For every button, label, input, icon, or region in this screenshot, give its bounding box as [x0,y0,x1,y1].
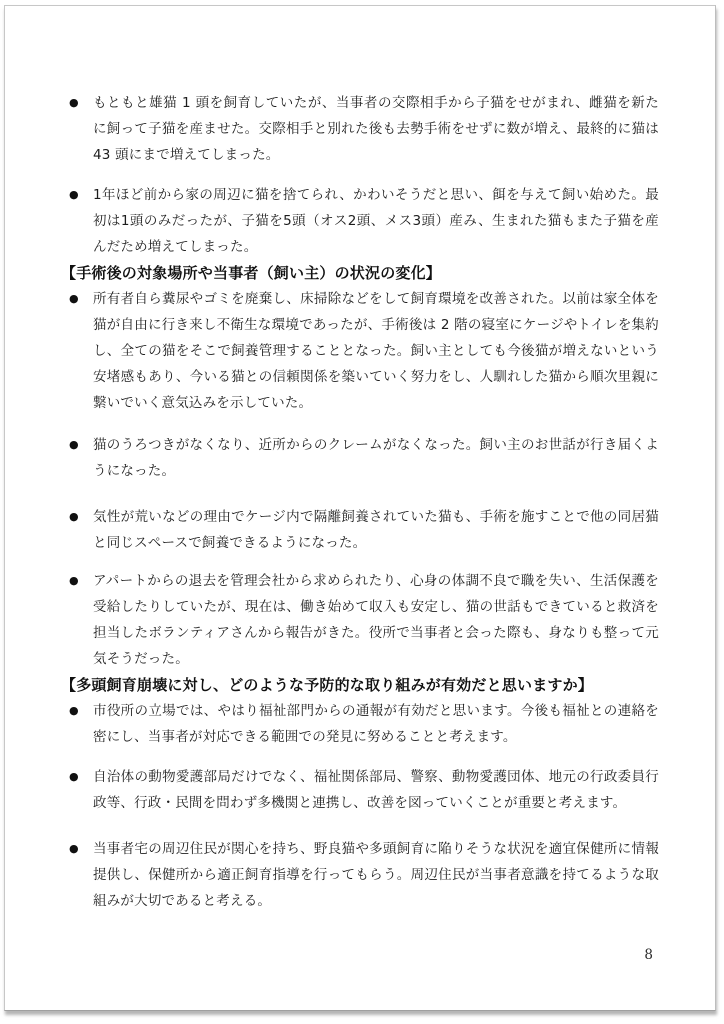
bullet-text: 自治体の動物愛護部局だけでなく、福祉関係部局、警察、動物愛護団体、地元の行政委員… [93,764,659,816]
bullet-item: ● 気性が荒いなどの理由でケージ内で隔離飼養されていた猫も、手術を施すことで他の… [61,504,659,556]
bullet-icon: ● [69,836,93,862]
bullet-text: 1年ほど前から家の周辺に猫を捨てられ、かわいそうだと思い、餌を与えて飼い始めた。… [93,182,659,260]
bullet-item: ● 所有者自ら糞尿やゴミを廃棄し、床掃除などをして飼育環境を改善された。以前は家… [61,286,659,416]
bullet-icon: ● [69,504,93,530]
bullet-text: 猫のうろつきがなくなり、近所からのクレームがなくなった。飼い主のお世話が行き届く… [93,432,659,484]
bullet-icon: ● [69,182,93,208]
bullet-text: 市役所の立場では、やはり福祉部門からの通報が有効だと思います。今後も福祉との連絡… [93,698,659,750]
bullet-icon: ● [69,764,93,790]
bullet-icon: ● [69,90,93,116]
document-page: ● もともと雄猫 1 頭を飼育していたが、当事者の交際相手から子猫をせがまれ、雌… [4,5,716,1011]
bullet-text: 気性が荒いなどの理由でケージ内で隔離飼養されていた猫も、手術を施すことで他の同居… [93,504,659,556]
bullet-item: ● 当事者宅の周辺住民が関心を持ち、野良猫や多頭飼育に陥りそうな状況を適宜保健所… [61,836,659,914]
page-content: ● もともと雄猫 1 頭を飼育していたが、当事者の交際相手から子猫をせがまれ、雌… [61,6,659,914]
bullet-text: 所有者自ら糞尿やゴミを廃棄し、床掃除などをして飼育環境を改善された。以前は家全体… [93,286,659,416]
bullet-item: ● 市役所の立場では、やはり福祉部門からの通報が有効だと思います。今後も福祉との… [61,698,659,750]
page-number: 8 [644,947,653,963]
bullet-text: アパートからの退去を管理会社から求められたり、心身の体調不良で職を失い、生活保護… [93,568,659,672]
bullet-item: ● 自治体の動物愛護部局だけでなく、福祉関係部局、警察、動物愛護団体、地元の行政… [61,764,659,816]
bullet-icon: ● [69,698,93,724]
bullet-item: ● もともと雄猫 1 頭を飼育していたが、当事者の交際相手から子猫をせがまれ、雌… [61,90,659,168]
section-heading: 【手術後の対象場所や当事者（飼い主）の状況の変化】 [61,260,659,286]
section-heading: 【多頭飼育崩壊に対し、どのような予防的な取り組みが有効だと思いますか】 [61,672,659,698]
bullet-icon: ● [69,286,93,312]
bullet-item: ● 1年ほど前から家の周辺に猫を捨てられ、かわいそうだと思い、餌を与えて飼い始め… [61,182,659,260]
bullet-item: ● 猫のうろつきがなくなり、近所からのクレームがなくなった。飼い主のお世話が行き… [61,432,659,484]
bullet-item: ● アパートからの退去を管理会社から求められたり、心身の体調不良で職を失い、生活… [61,568,659,672]
bullet-text: 当事者宅の周辺住民が関心を持ち、野良猫や多頭飼育に陥りそうな状況を適宜保健所に情… [93,836,659,914]
bullet-icon: ● [69,568,93,594]
bullet-icon: ● [69,432,93,458]
bullet-text: もともと雄猫 1 頭を飼育していたが、当事者の交際相手から子猫をせがまれ、雌猫を… [93,90,659,168]
